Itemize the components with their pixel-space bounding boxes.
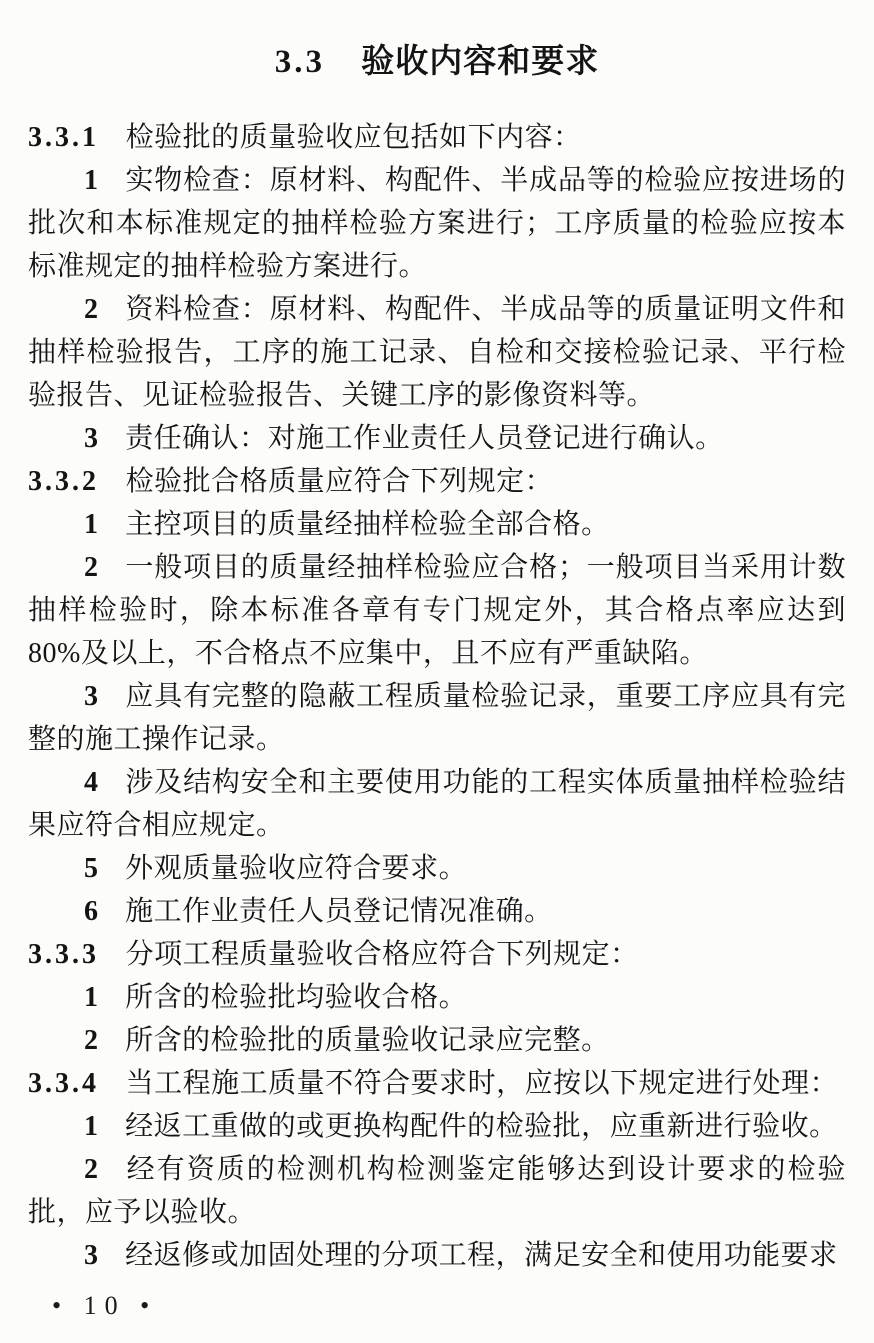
item-number: 2: [84, 1154, 125, 1185]
clause-number: 3.3.2: [28, 466, 126, 497]
list-item-paragraph: 1所含的检验批均验收合格。: [28, 976, 846, 1019]
list-item-paragraph: 6施工作业责任人员登记情况准确。: [28, 890, 846, 933]
list-item-paragraph: 2经有资质的检测机构检测鉴定能够达到设计要求的检验批，应予以验收。: [28, 1148, 846, 1234]
section-title-number: 3.3: [275, 44, 325, 80]
list-item-paragraph: 2一般项目的质量经抽样检验应合格；一般项目当采用计数抽样检验时，除本标准各章有专…: [28, 546, 846, 675]
clause-number: 3.3.4: [28, 1068, 126, 1099]
list-item-paragraph: 1经返工重做的或更换构配件的检验批，应重新进行验收。: [28, 1105, 846, 1148]
item-text: 应具有完整的隐蔽工程质量检验记录，重要工序应具有完整的施工操作记录。: [28, 681, 846, 755]
section-title: 3.3验收内容和要求: [28, 42, 846, 82]
clause-paragraph: 3.3.2检验批合格质量应符合下列规定：: [28, 460, 846, 503]
item-number: 5: [84, 853, 125, 884]
document-page: 3.3验收内容和要求 3.3.1检验批的质量验收应包括如下内容： 1实物检查：原…: [0, 0, 874, 1343]
item-number: 2: [84, 552, 125, 583]
list-item-paragraph: 5外观质量验收应符合要求。: [28, 847, 846, 890]
item-text: 资料检查：原材料、构配件、半成品等的质量证明文件和抽样检验报告，工序的施工记录、…: [28, 294, 846, 411]
item-number: 3: [84, 1240, 125, 1271]
clause-text: 分项工程质量验收合格应符合下列规定：: [126, 939, 639, 970]
clause-paragraph: 3.3.4当工程施工质量不符合要求时，应按以下规定进行处理：: [28, 1062, 846, 1105]
item-number: 1: [84, 165, 125, 196]
item-number: 6: [84, 896, 125, 927]
list-item-paragraph: 2所含的检验批的质量验收记录应完整。: [28, 1019, 846, 1062]
item-text: 实物检查：原材料、构配件、半成品等的检验应按进场的批次和本标准规定的抽样检验方案…: [28, 165, 846, 282]
clause-text: 当工程施工质量不符合要求时，应按以下规定进行处理：: [126, 1068, 839, 1099]
section-title-text: 验收内容和要求: [361, 44, 599, 80]
item-text: 所含的检验批均验收合格。: [125, 982, 467, 1013]
list-item-paragraph: 3经返修或加固处理的分项工程，满足安全和使用功能要求: [28, 1234, 846, 1277]
item-text: 主控项目的质量经抽样检验全部合格。: [125, 509, 610, 540]
list-item-paragraph: 2资料检查：原材料、构配件、半成品等的质量证明文件和抽样检验报告，工序的施工记录…: [28, 288, 846, 417]
item-text: 施工作业责任人员登记情况准确。: [125, 896, 553, 927]
item-text: 经返工重做的或更换构配件的检验批，应重新进行验收。: [125, 1111, 838, 1142]
clause-paragraph: 3.3.3分项工程质量验收合格应符合下列规定：: [28, 933, 846, 976]
list-item-paragraph: 3责任确认：对施工作业责任人员登记进行确认。: [28, 417, 846, 460]
clause-paragraph: 3.3.1检验批的质量验收应包括如下内容：: [28, 116, 846, 159]
item-number: 1: [84, 982, 125, 1013]
item-text: 一般项目的质量经抽样检验应合格；一般项目当采用计数抽样检验时，除本标准各章有专门…: [28, 552, 846, 669]
item-number: 3: [84, 423, 125, 454]
item-text: 涉及结构安全和主要使用功能的工程实体质量抽样检验结果应符合相应规定。: [28, 767, 846, 841]
item-number: 1: [84, 509, 125, 540]
clause-text: 检验批的质量验收应包括如下内容：: [126, 122, 582, 153]
item-text: 责任确认：对施工作业责任人员登记进行确认。: [125, 423, 724, 454]
item-number: 2: [84, 1025, 125, 1056]
list-item-paragraph: 3应具有完整的隐蔽工程质量检验记录，重要工序应具有完整的施工操作记录。: [28, 675, 846, 761]
clause-text: 检验批合格质量应符合下列规定：: [126, 466, 554, 497]
list-item-paragraph: 1主控项目的质量经抽样检验全部合格。: [28, 503, 846, 546]
page-content: 3.3验收内容和要求 3.3.1检验批的质量验收应包括如下内容： 1实物检查：原…: [0, 0, 874, 1277]
item-text: 所含的检验批的质量验收记录应完整。: [125, 1025, 610, 1056]
clause-number: 3.3.3: [28, 939, 126, 970]
item-text: 经返修或加固处理的分项工程，满足安全和使用功能要求: [125, 1240, 838, 1271]
list-item-paragraph: 4涉及结构安全和主要使用功能的工程实体质量抽样检验结果应符合相应规定。: [28, 761, 846, 847]
clause-number: 3.3.1: [28, 122, 126, 153]
item-number: 4: [84, 767, 125, 798]
item-text: 外观质量验收应符合要求。: [125, 853, 467, 884]
page-number: • 10 •: [52, 1291, 157, 1321]
item-number: 3: [84, 681, 125, 712]
list-item-paragraph: 1实物检查：原材料、构配件、半成品等的检验应按进场的批次和本标准规定的抽样检验方…: [28, 159, 846, 288]
item-number: 2: [84, 294, 125, 325]
item-text: 经有资质的检测机构检测鉴定能够达到设计要求的检验批，应予以验收。: [28, 1154, 846, 1228]
item-number: 1: [84, 1111, 125, 1142]
